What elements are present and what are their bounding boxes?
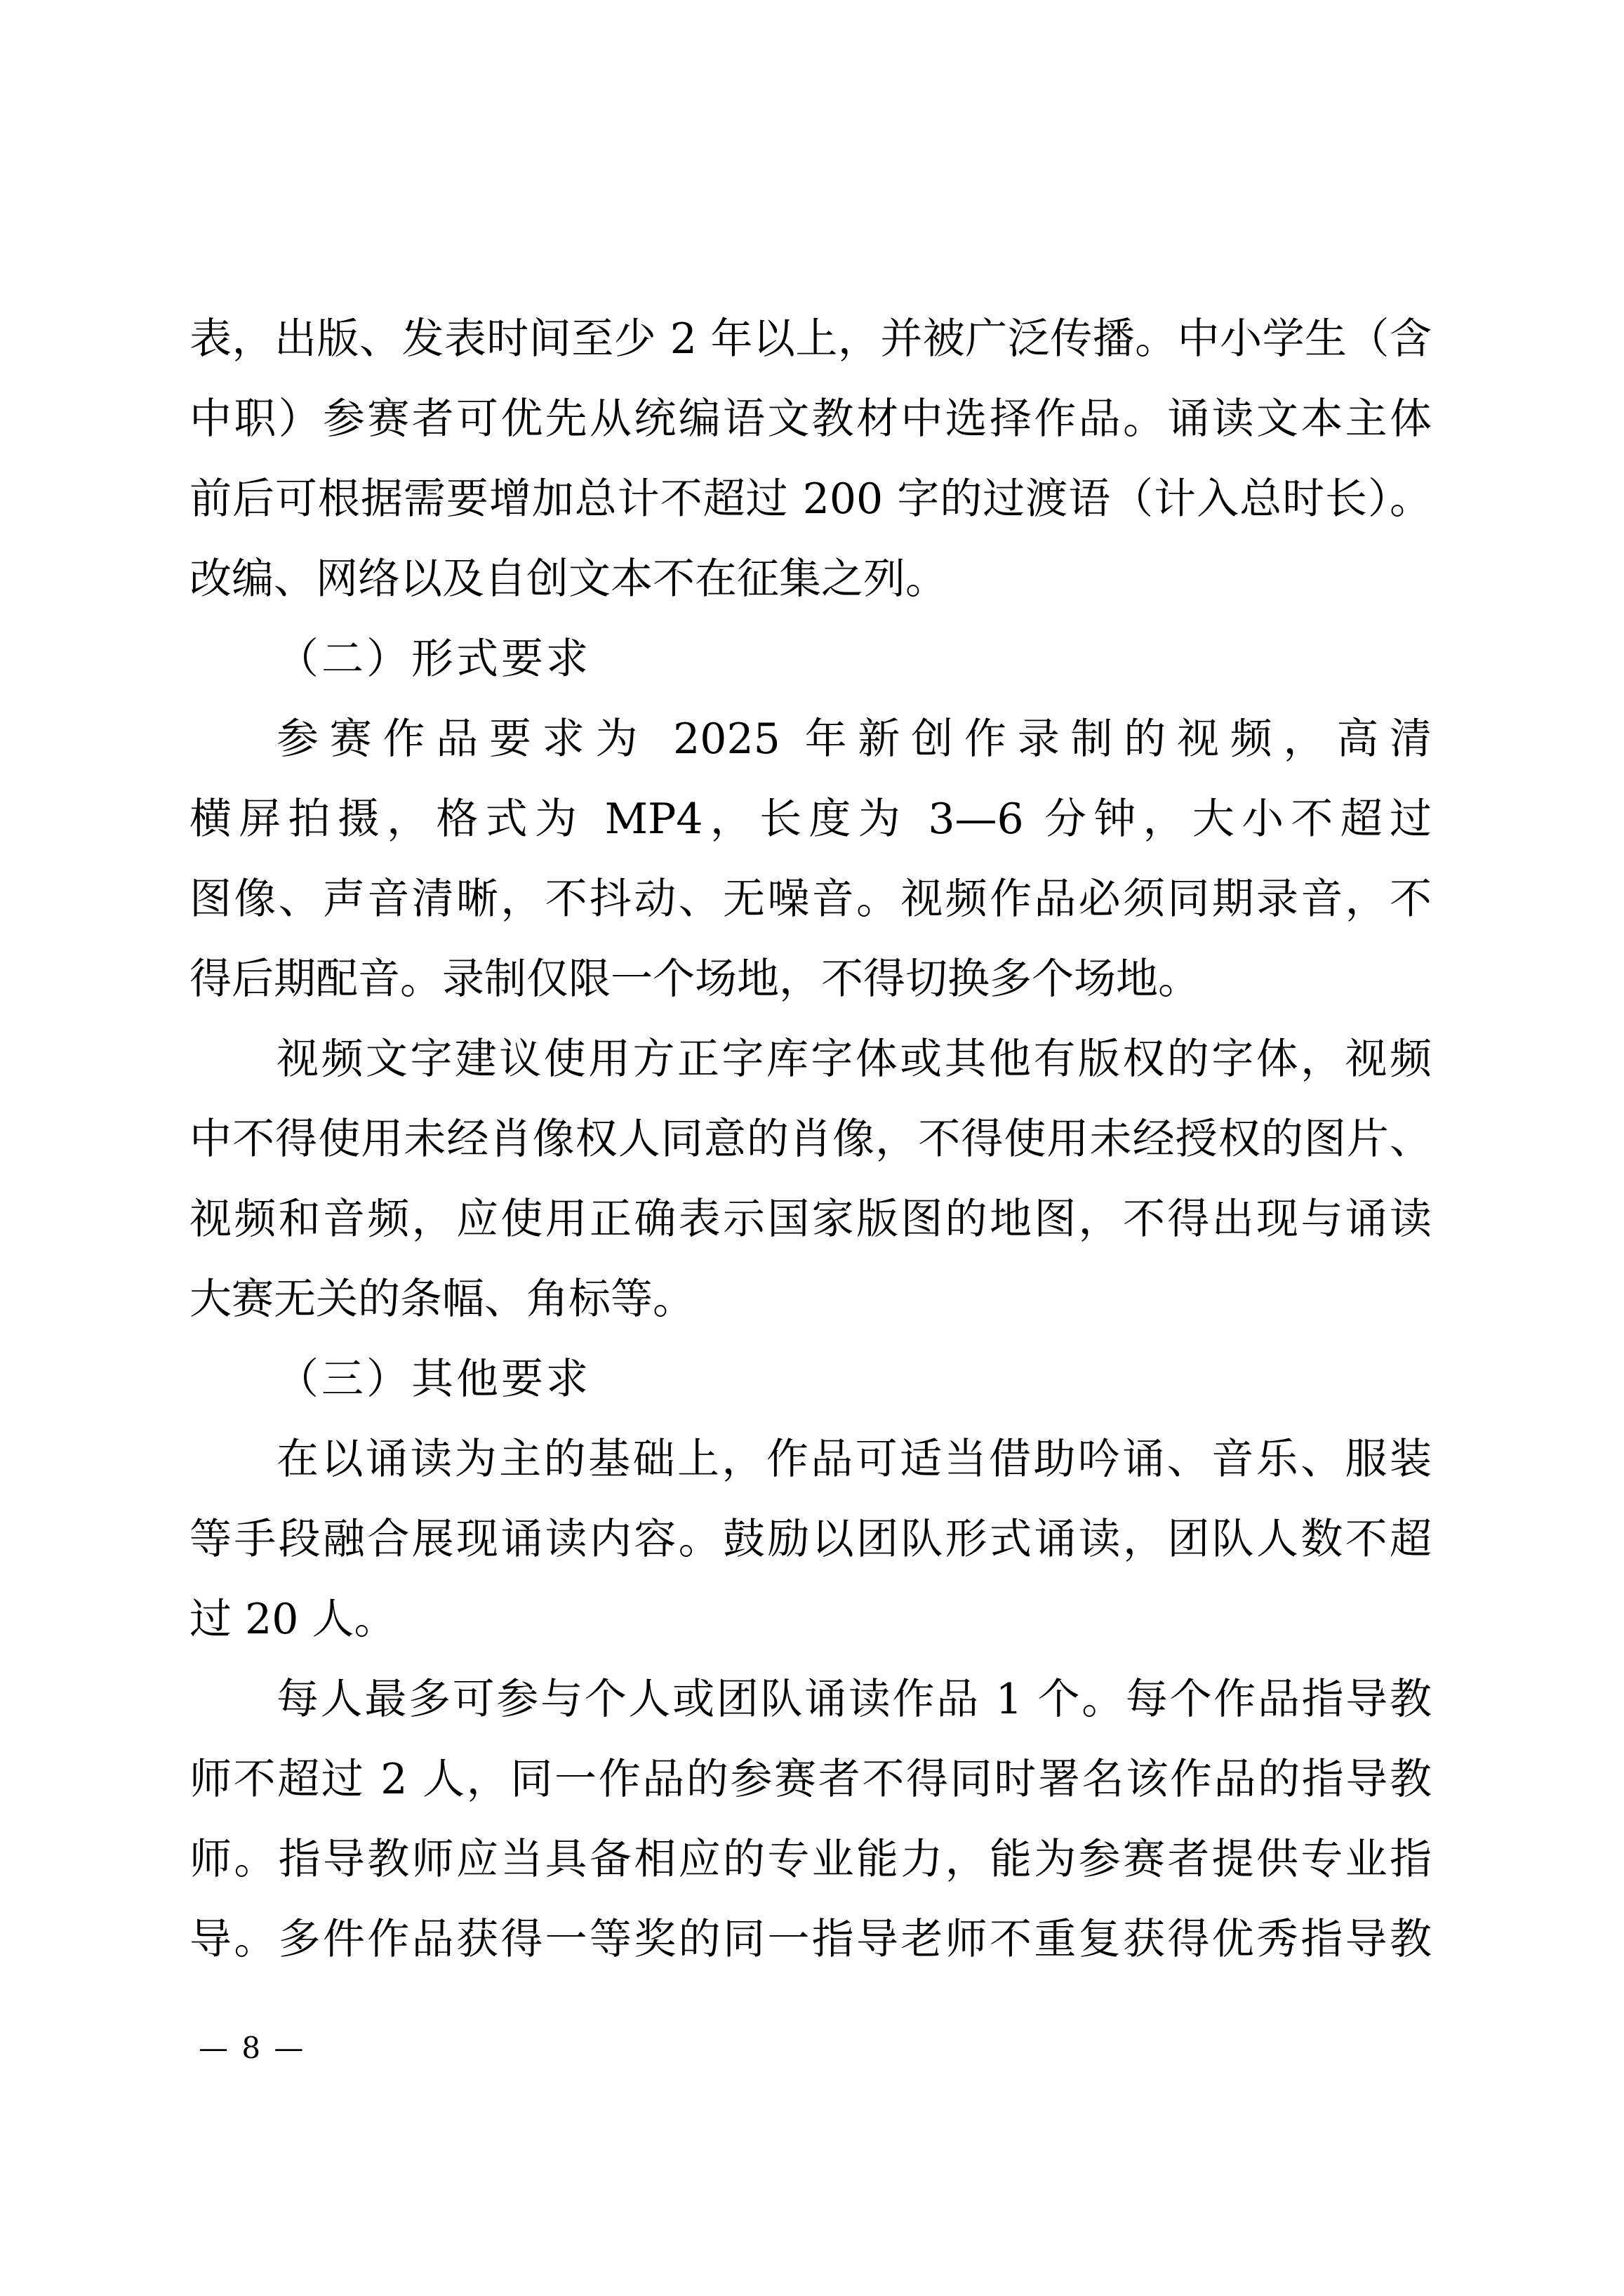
- text-line: 表，出版、发表时间至少 2 年以上，并被广泛传播。中小学生（含: [189, 299, 1432, 379]
- text-line: 视频和音频，应使用正确表示国家版图的地图，不得出现与诵读: [189, 1179, 1432, 1259]
- text-line: 师。指导教师应当具备相应的专业能力，能为参赛者提供专业指: [189, 1819, 1432, 1899]
- text-line: 视频文字建议使用方正字库字体或其他有版权的字体，视频: [189, 1019, 1432, 1099]
- text-line: 导。多件作品获得一等奖的同一指导老师不重复获得优秀指导教: [189, 1899, 1432, 1979]
- document-body: 表，出版、发表时间至少 2 年以上，并被广泛传播。中小学生（含 中职）参赛者可优…: [189, 299, 1432, 1979]
- document-page: 表，出版、发表时间至少 2 年以上，并被广泛传播。中小学生（含 中职）参赛者可优…: [0, 0, 1624, 2296]
- section-heading: （三）其他要求: [189, 1339, 1432, 1419]
- text-line: 过 20 人。: [189, 1579, 1432, 1659]
- text-line: 横屏拍摄，格式为 MP4，长度为 3—6 分钟，大小不超过 700MB，: [189, 779, 1432, 859]
- text-line: 在以诵读为主的基础上，作品可适当借助吟诵、音乐、服装: [189, 1419, 1432, 1499]
- page-number: — 8 —: [199, 2026, 305, 2071]
- text-line: 得后期配音。录制仅限一个场地，不得切换多个场地。: [189, 939, 1432, 1019]
- text-line: 每人最多可参与个人或团队诵读作品 1 个。每个作品指导教: [189, 1659, 1432, 1739]
- text-line: 中职）参赛者可优先从统编语文教材中选择作品。诵读文本主体: [189, 379, 1432, 459]
- text-line: 图像、声音清晰，不抖动、无噪音。视频作品必须同期录音，不: [189, 859, 1432, 939]
- text-line: 师不超过 2 人，同一作品的参赛者不得同时署名该作品的指导教: [189, 1739, 1432, 1819]
- text-line: 参赛作品要求为 2025 年新创作录制的视频，高清 1920*1080: [189, 699, 1432, 779]
- text-line: 大赛无关的条幅、角标等。: [189, 1259, 1432, 1339]
- text-line: 前后可根据需要增加总计不超过 200 字的过渡语（计入总时长）。: [189, 459, 1432, 539]
- section-heading: （二）形式要求: [189, 619, 1432, 699]
- text-line: 中不得使用未经肖像权人同意的肖像，不得使用未经授权的图片、: [189, 1099, 1432, 1179]
- text-line: 等手段融合展现诵读内容。鼓励以团队形式诵读，团队人数不超: [189, 1499, 1432, 1579]
- text-line: 改编、网络以及自创文本不在征集之列。: [189, 539, 1432, 619]
